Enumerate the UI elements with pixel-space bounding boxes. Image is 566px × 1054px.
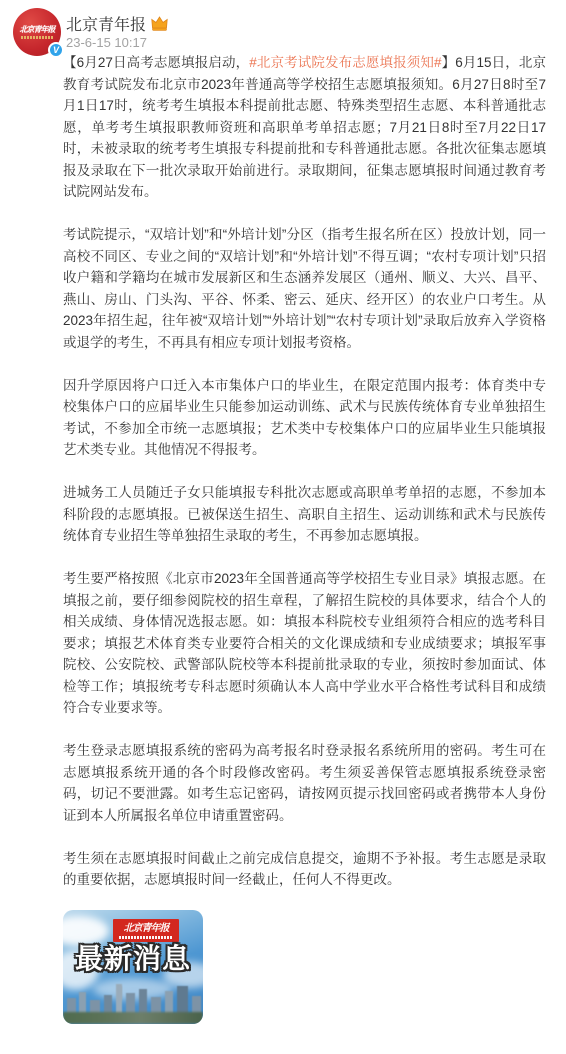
city-skyline <box>63 984 203 1024</box>
newspaper-logo-banner: 北京青年报 <box>113 919 179 942</box>
paragraph-6: 考生登录志愿填报系统的密码为高考报名时登录报名系统所用的密码。考生可在志愿填报系… <box>63 740 546 826</box>
post-header: 北京青年报 V 北京青年报 23-6-15 10:17 <box>0 0 566 58</box>
avatar[interactable]: 北京青年报 V <box>13 8 61 56</box>
post-body: 【6月27日高考志愿填报启动，#北京考试院发布志愿填报须知#】6月15日，北京教… <box>63 52 546 912</box>
newspaper-logo-subline <box>119 936 173 939</box>
crown-icon <box>151 16 168 31</box>
paragraph-1-prefix: 【6月27日高考志愿填报启动， <box>63 55 249 70</box>
paragraph-2: 考试院提示，“双培计划”和“外培计划”分区（指考生报名所在区）投放计划，同一高校… <box>63 224 546 353</box>
verified-badge-icon: V <box>48 42 64 58</box>
avatar-logo-text: 北京青年报 <box>13 24 61 35</box>
timestamp[interactable]: 23-6-15 10:17 <box>66 35 147 50</box>
username[interactable]: 北京青年报 <box>66 12 146 35</box>
paragraph-4: 进城务工人员随迁子女只能填报专科批次志愿或高职单考单招的志愿，不参加本科阶段的志… <box>63 482 546 547</box>
newspaper-logo-text: 北京青年报 <box>124 923 169 935</box>
tv-tower <box>119 986 122 1000</box>
paragraph-7: 考生须在志愿填报时间截止之前完成信息提交，逾期不予补报。考生志愿是录取的重要依据… <box>63 848 546 891</box>
paragraph-1-suffix: 】6月15日，北京教育考试院发布北京市2023年普通高等学校招生志愿填报须知。6… <box>63 55 546 199</box>
hashtag-link[interactable]: #北京考试院发布志愿填报须知# <box>249 55 441 70</box>
paragraph-3: 因升学原因将户口迁入本市集体户口的毕业生，在限定范围内报考：体育类中专校集体户口… <box>63 375 546 461</box>
avatar-logo-subline <box>21 36 53 39</box>
treeline <box>63 1012 203 1024</box>
thumbnail-headline: 最新消息 <box>63 943 203 975</box>
paragraph-1: 【6月27日高考志愿填报启动，#北京考试院发布志愿填报须知#】6月15日，北京教… <box>63 52 546 203</box>
paragraph-5: 考生要严格按照《北京市2023年全国普通高等学校招生专业目录》填报志愿。在填报之… <box>63 568 546 719</box>
cloud-shape <box>63 916 109 946</box>
news-thumbnail-image[interactable]: 北京青年报 最新消息 <box>63 910 203 1024</box>
